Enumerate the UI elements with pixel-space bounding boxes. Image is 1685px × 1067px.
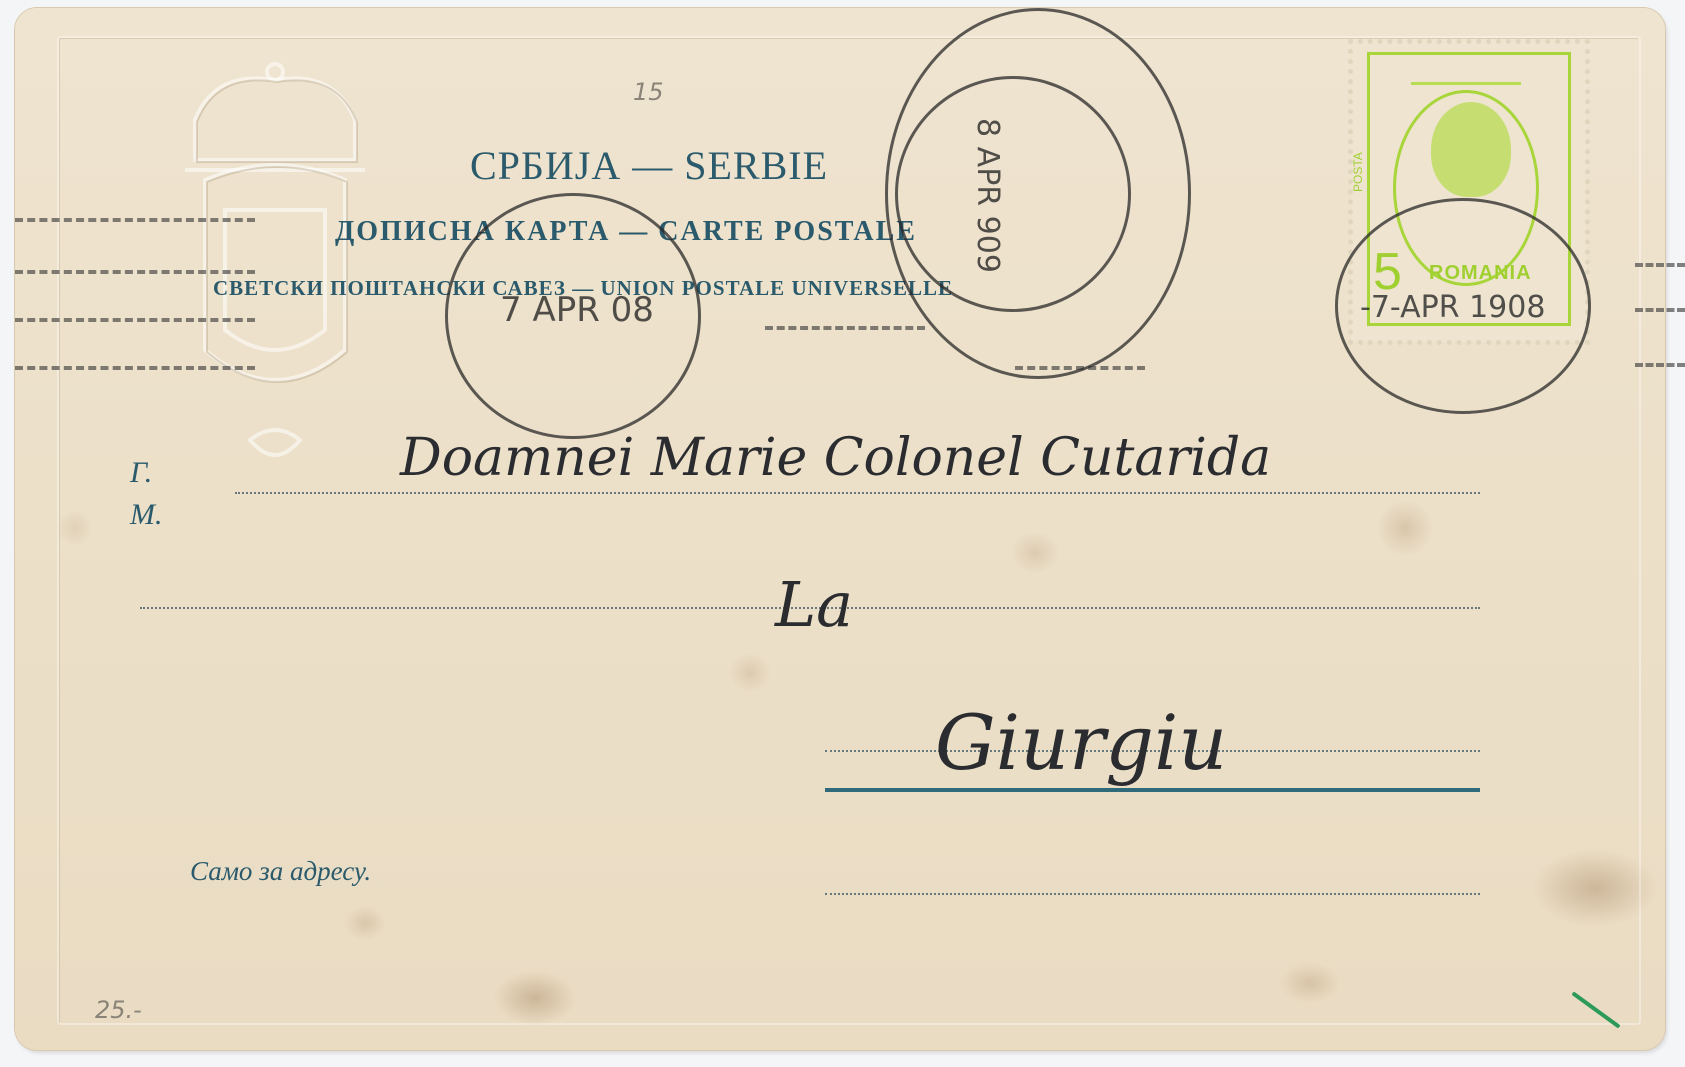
address-only-label: Само за адресу. <box>190 856 371 887</box>
label-g: Г. <box>130 456 152 490</box>
stamp-crown-icon <box>1411 56 1521 85</box>
cancel-bar <box>1635 363 1685 371</box>
stamp-portrait-icon <box>1431 102 1511 197</box>
header-country: СРБИЈА — SERBIE <box>470 142 828 189</box>
stamp-side-text: POSTA <box>1351 152 1365 192</box>
address-line-1 <box>235 492 1480 494</box>
city-underline <box>825 788 1480 792</box>
label-m: М. <box>130 498 163 532</box>
address-line-4 <box>825 893 1480 895</box>
pencil-note-top: 15 <box>633 78 664 106</box>
postmark-stamp-date: -7-APR 1908 <box>1360 290 1545 325</box>
cancel-bar <box>15 318 255 326</box>
handwritten-recipient: Doamnei Marie Colonel Cutarida <box>400 428 1271 488</box>
handwritten-city: Giurgiu <box>935 698 1227 787</box>
postmark-left-date: 7 APR 08 <box>500 290 654 330</box>
pencil-note-price: 25.- <box>95 996 142 1024</box>
cancel-bar <box>15 218 255 226</box>
cancel-bar <box>1635 308 1685 316</box>
postmark-transit-inner <box>895 76 1131 312</box>
embossed-crest-icon <box>155 50 395 470</box>
postmark-transit-date: 8 APR 909 <box>970 118 1005 273</box>
cancel-bar <box>15 366 255 374</box>
cancel-bar <box>1635 263 1685 271</box>
postcard: СРБИЈА — SERBIE ДОПИСНА КАРТА — CARTE PO… <box>15 8 1665 1050</box>
cancel-bar <box>15 270 255 278</box>
cancel-bar <box>765 326 925 334</box>
handwritten-preposition: La <box>775 568 853 641</box>
